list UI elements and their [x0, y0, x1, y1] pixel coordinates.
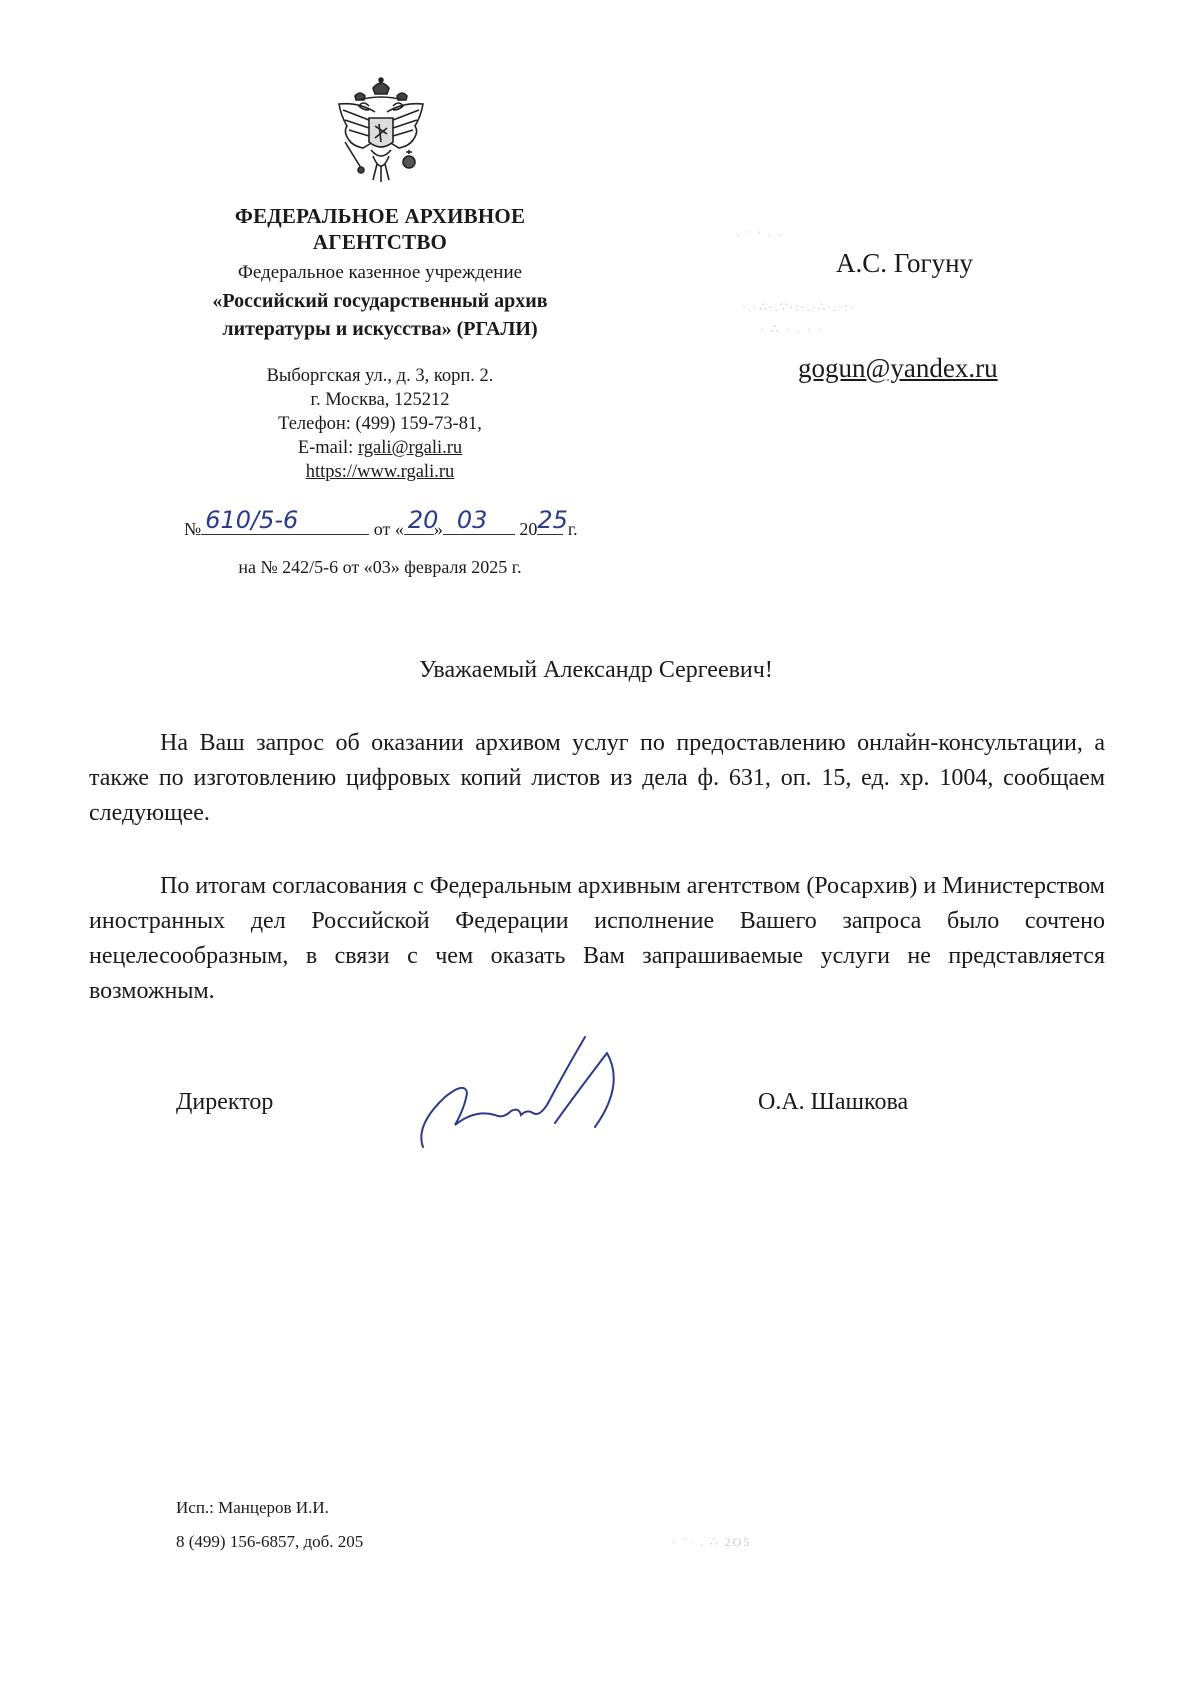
agency-title-line2: АГЕНТСТВО [160, 229, 600, 255]
handwritten-signature-icon [415, 1035, 675, 1155]
scan-noise: · ˙· . ∴ 2Ο5 [672, 1535, 751, 1550]
email-label: E-mail: [298, 438, 358, 458]
executor-phone: 8 (499) 156-6857, доб. 205 [176, 1525, 363, 1559]
executor-name: Исп.: Манцеров И.И. [176, 1491, 363, 1525]
day-field: 20 [404, 512, 434, 535]
greeting: Уважаемый Александр Сергеевич! [0, 657, 1192, 684]
address-line2: г. Москва, 125212 [180, 388, 580, 412]
scan-noise: · ∴ · . · · [760, 322, 824, 337]
recipient-email-link[interactable]: gogun@yandex.ru [798, 353, 998, 384]
signer-name: О.А. Шашкова [758, 1089, 908, 1116]
institution-name-line1: «Российский государственный архив [150, 287, 610, 315]
day-handwritten: 20 [408, 506, 439, 534]
institution-name-line2: литературы и искусства» (РГАЛИ) [150, 315, 610, 343]
reply-reference: на № 242/5-6 от «03» февраля 2025 г. [160, 557, 600, 578]
email-line: E-mail: rgali@rgali.ru [180, 436, 580, 460]
year-prefix: 20 [519, 519, 537, 539]
recipient-name: А.С. Гогуну [836, 248, 973, 279]
number-sign: № [184, 519, 201, 539]
institution-type: Федеральное казенное учреждение [160, 261, 600, 285]
registration-line: №610/5-6 от «20»03 2025 г. [184, 512, 578, 540]
coat-of-arms-emblem-icon [329, 76, 433, 186]
year-field: 25 [537, 512, 563, 535]
registration-number-handwritten: 610/5-6 [205, 506, 298, 534]
agency-title: ФЕДЕРАЛЬНОЕ АРХИВНОЕ АГЕНТСТВО [160, 203, 600, 255]
institution-contacts: Выборгская ул., д. 3, корп. 2. г. Москва… [180, 364, 580, 484]
paragraph-2: По итогам согласования с Федеральным арх… [89, 869, 1105, 1009]
institution-name: «Российский государственный архив литера… [150, 287, 610, 343]
from-label: от « [374, 519, 404, 539]
address-line1: Выборгская ул., д. 3, корп. 2. [180, 364, 580, 388]
year-suffix: г. [568, 519, 578, 539]
executor-info: Исп.: Манцеров И.И. 8 (499) 156-6857, до… [176, 1491, 363, 1559]
phone-line: Телефон: (499) 159-73-81, [180, 412, 580, 436]
paragraph-2-text: По итогам согласования с Федеральным арх… [89, 869, 1105, 1009]
year-handwritten: 25 [537, 506, 568, 534]
agency-title-line1: ФЕДЕРАЛЬНОЕ АРХИВНОЕ [160, 203, 600, 229]
month-field: 03 [443, 512, 515, 535]
scan-noise: ·.·∴·.∵·:·.·∴·.·:· [742, 300, 856, 315]
institution-email-link[interactable]: rgali@rgali.ru [358, 438, 462, 458]
scan-noise: · ˙ ′ · · [736, 228, 785, 243]
paragraph-1-text: На Ваш запрос об оказании архивом услуг … [89, 726, 1105, 831]
paragraph-1: На Ваш запрос об оказании архивом услуг … [89, 726, 1105, 831]
month-handwritten: 03 [457, 506, 488, 534]
signer-role: Директор [176, 1089, 273, 1116]
registration-number-field: 610/5-6 [201, 512, 369, 535]
institution-website-link[interactable]: https://www.rgali.ru [306, 462, 455, 482]
